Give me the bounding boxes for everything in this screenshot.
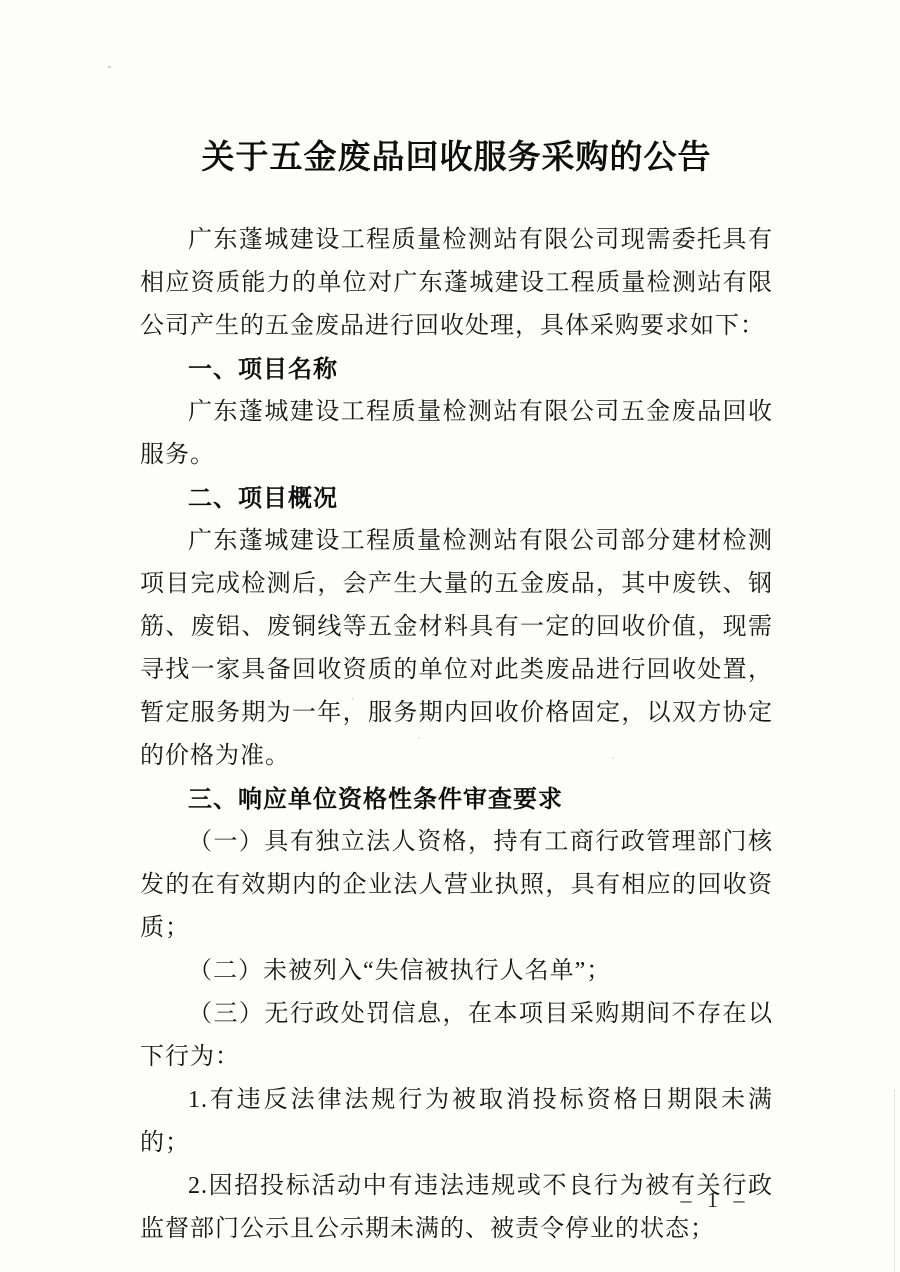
scan-speck [352,698,354,700]
scan-speck [612,757,614,759]
qualification-item-1: （一）具有独立法人资格，持有工商行政管理部门核发的在有效期内的企业法人营业执照，… [140,821,773,950]
page-number: – 1 – [630,1185,800,1215]
scan-edge-artifact [894,1090,895,1272]
section-heading-qualification-requirements: 三、响应单位资格性条件审查要求 [140,778,773,821]
intro-paragraph: 广东蓬城建设工程质量检测站有限公司现需委托具有相应资质能力的单位对广东蓬城建设工… [140,219,773,348]
document-title: 关于五金废品回收服务采购的公告 [140,134,773,182]
project-overview-paragraph: 广东蓬城建设工程质量检测站有限公司部分建材检测项目完成检测后，会产生大量的五金废… [140,520,773,778]
scan-speck [108,66,111,68]
document-body: 广东蓬城建设工程质量检测站有限公司现需委托具有相应资质能力的单位对广东蓬城建设工… [140,219,773,1251]
section-heading-project-overview: 二、项目概况 [140,477,773,520]
qualification-item-2: （二）未被列入“失信被执行人名单”； [140,950,773,993]
project-name-paragraph: 广东蓬城建设工程质量检测站有限公司五金废品回收服务。 [140,391,773,477]
scan-speck [418,737,420,739]
document-page: 关于五金废品回收服务采购的公告 广东蓬城建设工程质量检测站有限公司现需委托具有相… [0,0,900,1272]
qualification-item-3: （三）无行政处罚信息，在本项目采购期间不存在以下行为： [140,993,773,1079]
violation-item-1: 1.有违反法律法规行为被取消投标资格日期限未满的； [140,1079,773,1165]
section-heading-project-name: 一、项目名称 [140,348,773,391]
